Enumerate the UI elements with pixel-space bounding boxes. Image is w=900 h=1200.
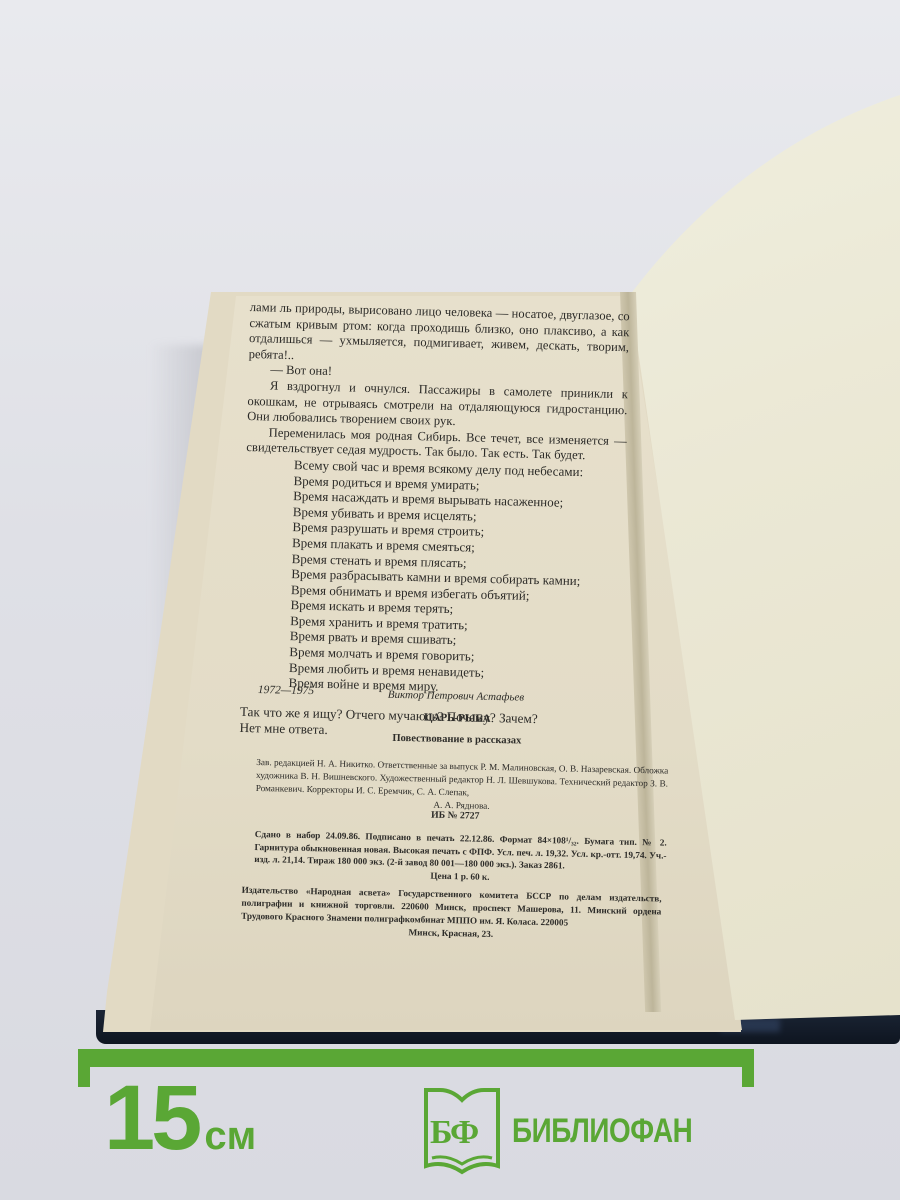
ruler-value: 15 [104, 1067, 198, 1169]
poem: Всему свой час и время всякому делу под … [288, 457, 626, 699]
publisher: Издательство «Народная асвета» Государст… [241, 884, 662, 945]
bibliofan-logo: БФ БИБЛИОФАН [422, 1086, 732, 1176]
page-text: лами ль природы, вырисовано лицо человек… [239, 300, 630, 745]
prose-paragraph: лами ль природы, вырисовано лицо человек… [248, 300, 629, 372]
ruler-unit: см [204, 1114, 256, 1158]
ruler-label: 15см [104, 1072, 256, 1164]
logo-mark-text: БФ [430, 1114, 477, 1152]
logo-name: БИБЛИОФАН [512, 1112, 692, 1151]
years: 1972—1975 [258, 684, 314, 697]
open-book-icon: БФ [422, 1086, 502, 1176]
print-details: Сдано в набор 24.09.86. Подписано в печа… [254, 828, 667, 887]
photo-scene: лами ль природы, вырисовано лицо человек… [0, 0, 900, 1200]
